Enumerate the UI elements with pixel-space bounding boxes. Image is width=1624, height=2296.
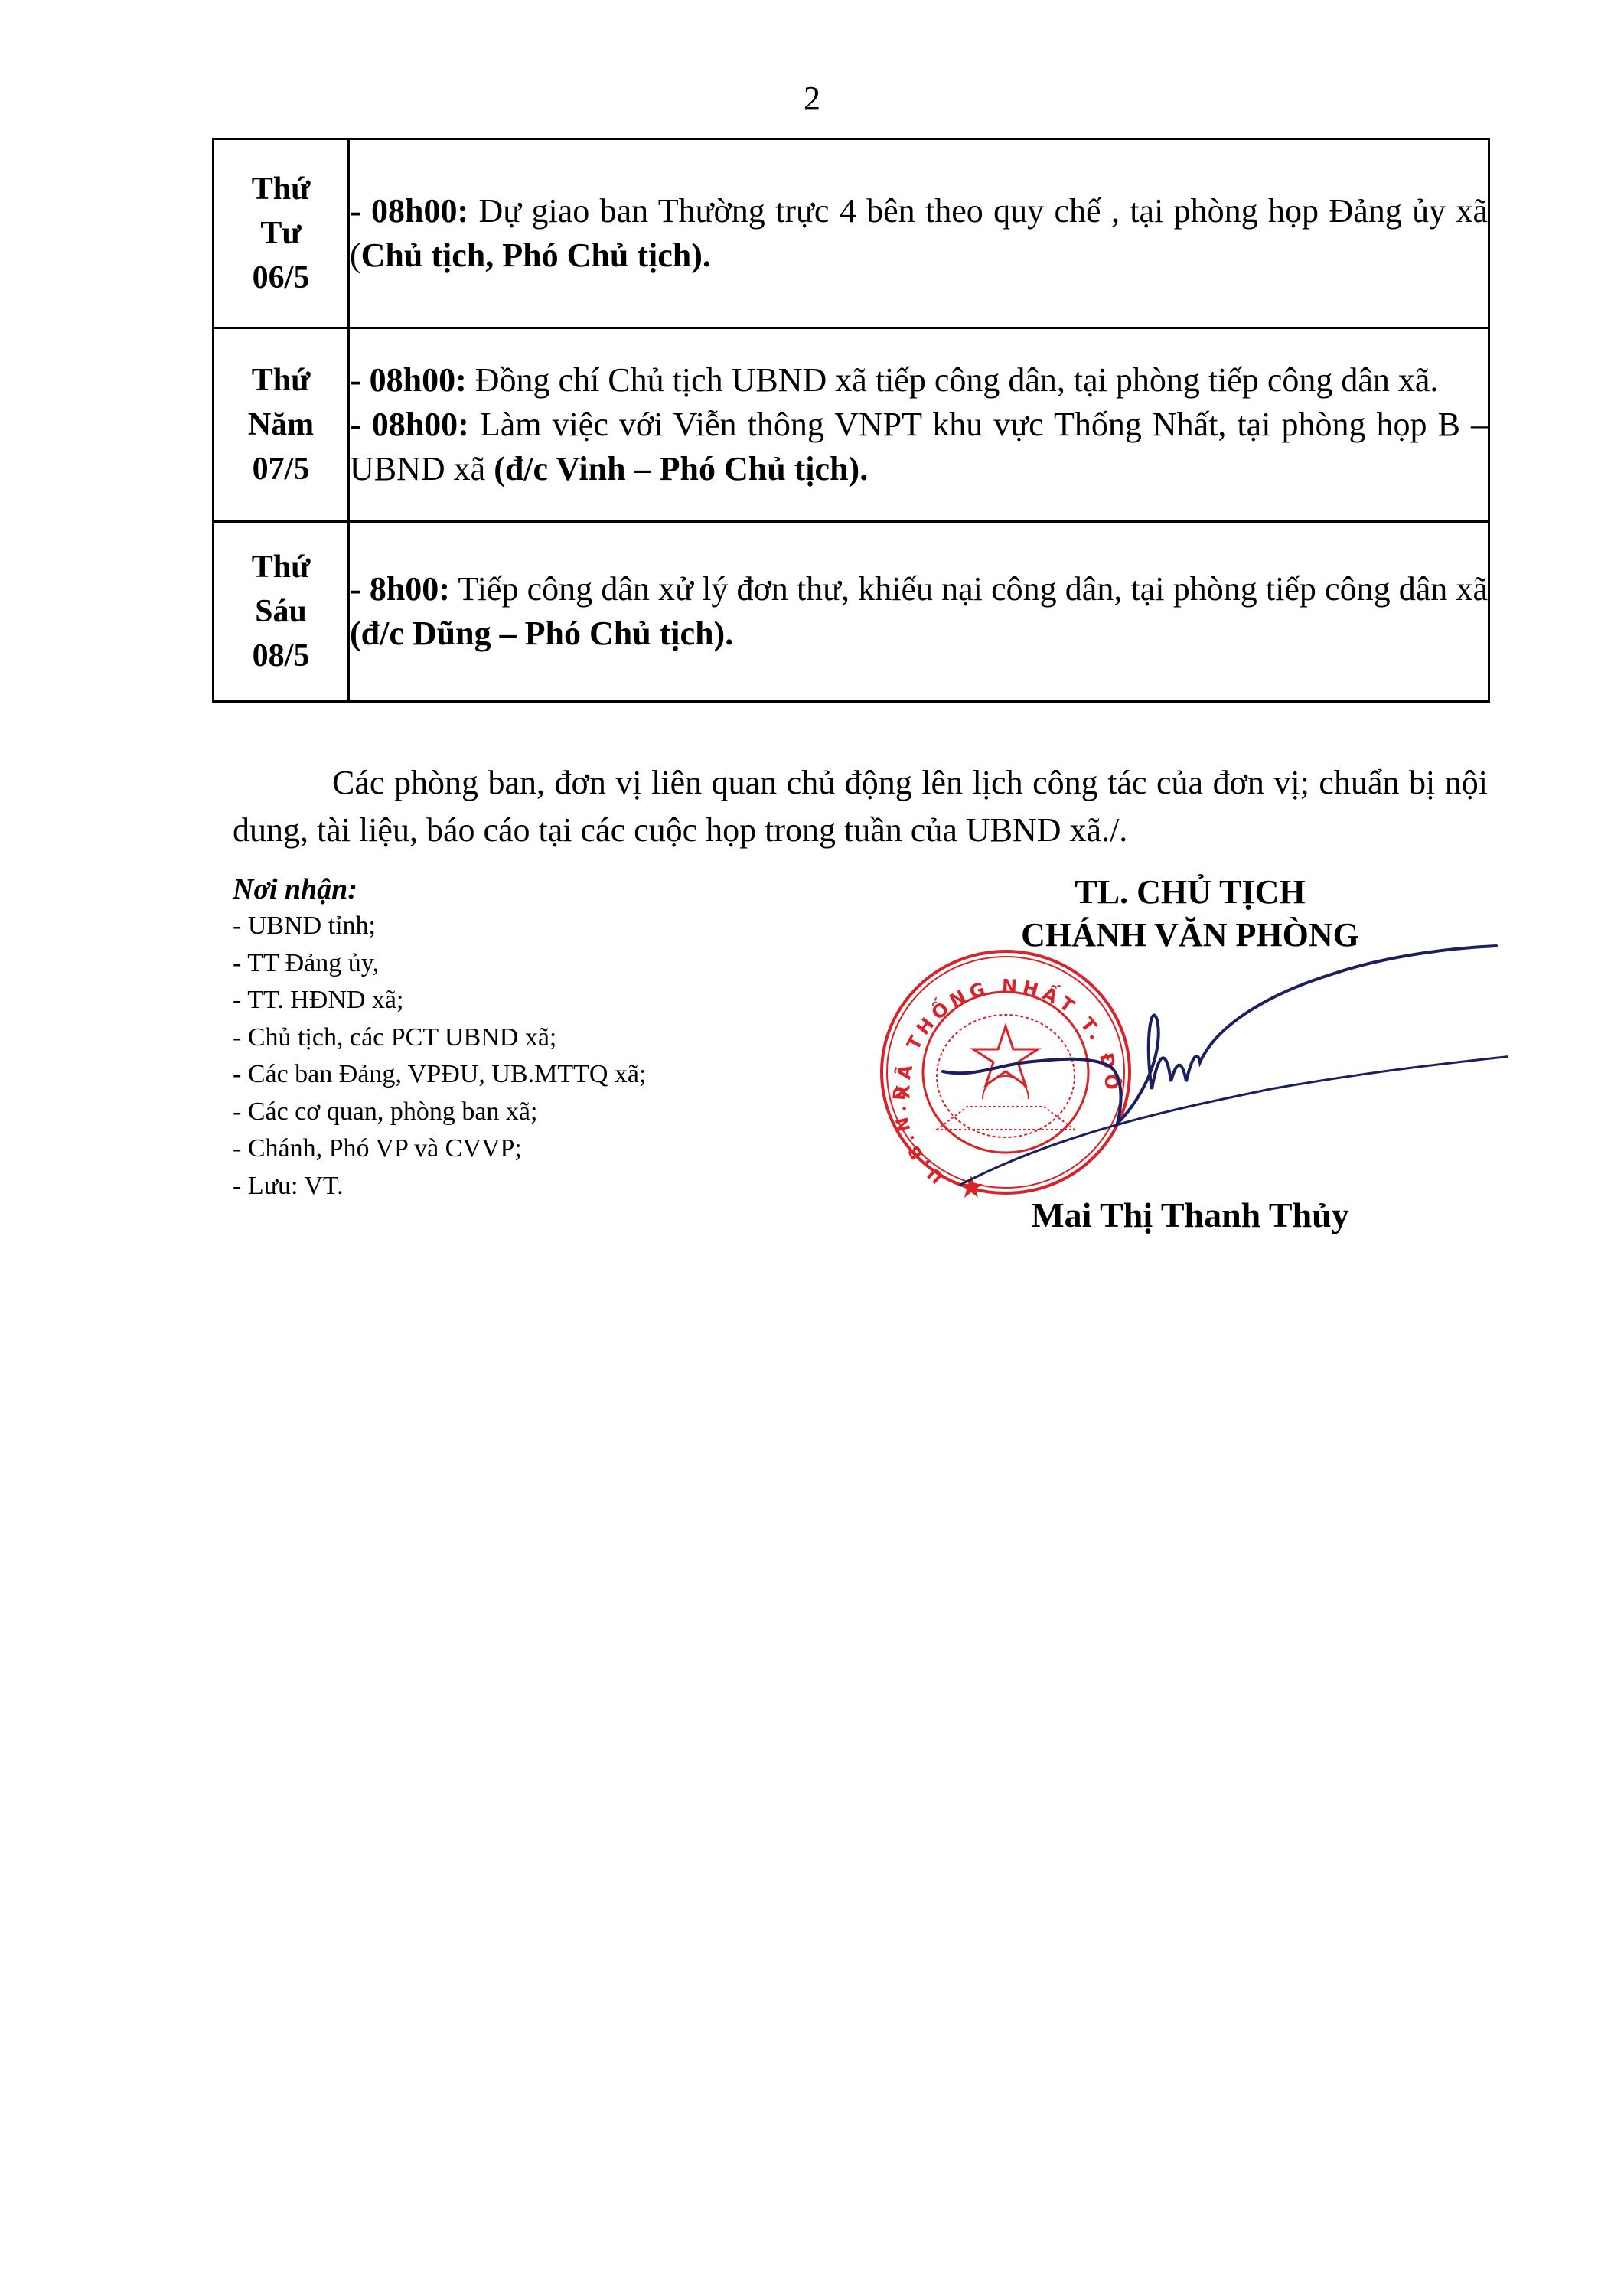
activity-entry: - 8h00: Tiếp công dân xử lý đơn thư, khi… <box>350 567 1488 656</box>
schedule-row: Thứ Năm 07/5 - 08h00: Đồng chí Chủ tịch … <box>214 328 1489 522</box>
recipient-item: - UBND tỉnh; <box>233 908 830 945</box>
recipient-item: - Chánh, Phó VP và CVVP; <box>233 1130 830 1168</box>
recipient-item: - Chủ tịch, các PCT UBND xã; <box>233 1019 830 1057</box>
day-cell: Thứ Tư 06/5 <box>214 139 349 328</box>
day-label: Thứ <box>214 358 347 403</box>
signer-name: Mai Thị Thanh Thủy <box>872 1192 1508 1238</box>
recipients-block: Nơi nhận: - UBND tỉnh; - TT Đảng ủy, - T… <box>233 871 830 1205</box>
day-name: Sáu <box>214 589 347 634</box>
activity-cell: - 8h00: Tiếp công dân xử lý đơn thư, khi… <box>349 522 1489 702</box>
day-date: 06/5 <box>214 256 347 300</box>
activity-time: - 08h00: <box>350 361 467 399</box>
day-label: Thứ <box>214 545 347 589</box>
day-name: Năm <box>214 403 347 447</box>
recipients-title: Nơi nhận: <box>233 871 830 908</box>
schedule-row: Thứ Sáu 08/5 - 8h00: Tiếp công dân xử lý… <box>214 522 1489 702</box>
activity-entry: - 08h00: Đồng chí Chủ tịch UBND xã tiếp … <box>350 358 1488 403</box>
activity-entry: - 08h00: Dự giao ban Thường trực 4 bên t… <box>350 189 1488 278</box>
day-name: Tư <box>214 211 347 256</box>
closing-paragraph: Các phòng ban, đơn vị liên quan chủ động… <box>233 759 1488 854</box>
activity-time: - 08h00: <box>350 406 469 443</box>
activity-entry: - 08h00: Làm việc với Viễn thông VNPT kh… <box>350 403 1488 491</box>
day-date: 07/5 <box>214 447 347 491</box>
activity-cell: - 08h00: Đồng chí Chủ tịch UBND xã tiếp … <box>349 328 1489 522</box>
recipients-list: - UBND tỉnh; - TT Đảng ủy, - TT. HĐND xã… <box>233 908 830 1205</box>
day-date: 08/5 <box>214 634 347 678</box>
recipient-item: - TT Đảng ủy, <box>233 945 830 983</box>
weekly-schedule-table: Thứ Tư 06/5 - 08h00: Dự giao ban Thường … <box>212 138 1490 703</box>
signature-block: XÃ THỐNG NHẤT T. ĐỒNG NAI U.B.N.D TL. CH… <box>872 871 1508 1254</box>
schedule-row: Thứ Tư 06/5 - 08h00: Dự giao ban Thường … <box>214 139 1489 328</box>
page-number: 2 <box>0 80 1624 118</box>
signature-title-line2: CHÁNH VĂN PHÒNG <box>872 914 1508 957</box>
recipient-item: - Các cơ quan, phòng ban xã; <box>233 1094 830 1131</box>
recipient-item: - Lưu: VT. <box>233 1168 830 1205</box>
activity-time: - 8h00: <box>350 570 450 608</box>
activity-assignee: (đ/c Vinh – Phó Chủ tịch). <box>494 450 868 488</box>
activity-text: Tiếp công dân xử lý đơn thư, khiếu nại c… <box>450 570 1488 608</box>
recipient-item: - Các ban Đảng, VPĐU, UB.MTTQ xã; <box>233 1056 830 1094</box>
activity-text: Đồng chí Chủ tịch UBND xã tiếp công dân,… <box>467 361 1439 399</box>
activity-time: - 08h00: <box>350 192 468 230</box>
activity-assignee: (đ/c Dũng – Phó Chủ tịch). <box>350 615 733 652</box>
day-label: Thứ <box>214 167 347 211</box>
activity-cell: - 08h00: Dự giao ban Thường trực 4 bên t… <box>349 139 1489 328</box>
signature-title-line1: TL. CHỦ TỊCH <box>872 871 1508 914</box>
activity-assignee: Chủ tịch, Phó Chủ tịch). <box>361 236 711 274</box>
day-cell: Thứ Sáu 08/5 <box>214 522 349 702</box>
recipient-item: - TT. HĐND xã; <box>233 982 830 1019</box>
day-cell: Thứ Năm 07/5 <box>214 328 349 522</box>
closing-text: Các phòng ban, đơn vị liên quan chủ động… <box>233 764 1488 849</box>
